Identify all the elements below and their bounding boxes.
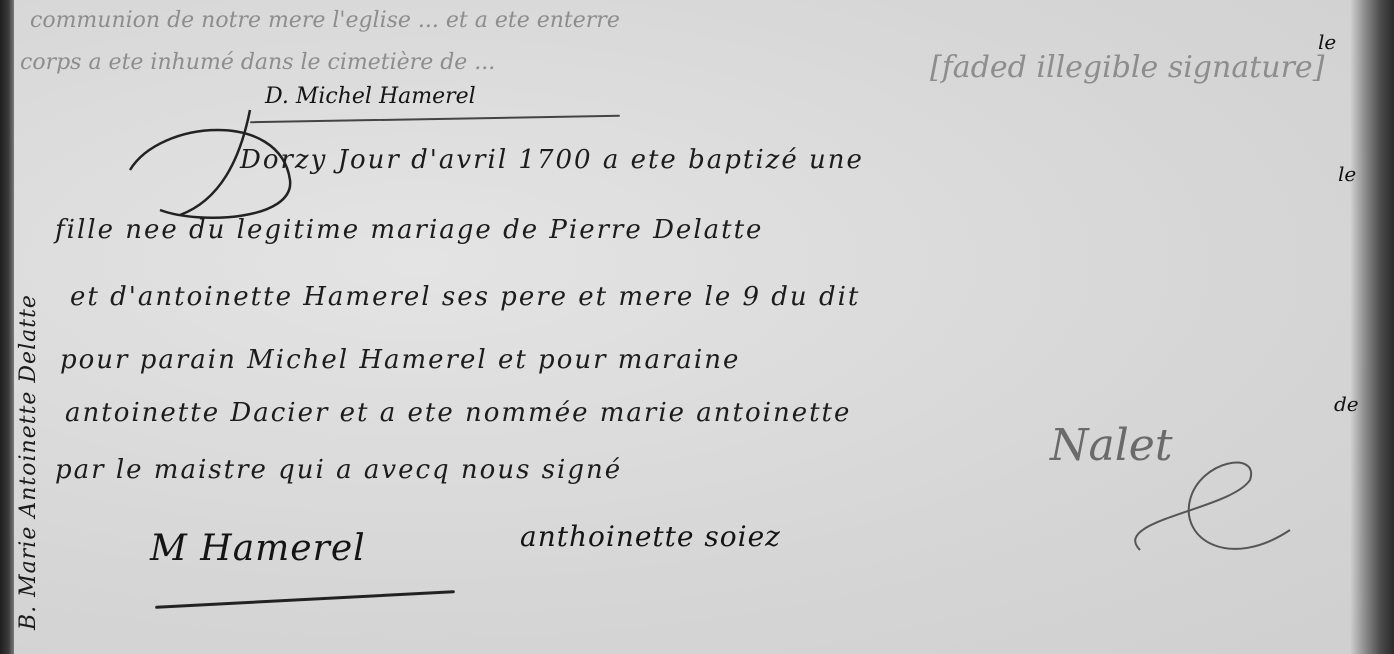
margin-note: B. Marie Antoinette Delatte (16, 294, 41, 630)
entry-line-6: par le maistre qui a avecq nous signé (55, 455, 622, 485)
edge-mark-3: de (1334, 392, 1359, 416)
binding-edge-left (0, 0, 14, 654)
faded-previous-line-1: communion de notre mere l'eglise ... et … (30, 8, 620, 33)
binding-edge-right (1350, 0, 1394, 654)
entry-line-5: antoinette Dacier et a ete nommée marie … (65, 398, 851, 428)
edge-mark-2: le (1338, 162, 1356, 186)
faded-previous-line-2: corps a ete inhumé dans le cimetière de … (20, 50, 495, 75)
entry-line-3: et d'antoinette Hamerel ses pere et mere… (70, 282, 860, 312)
faded-previous-signature: [faded illegible signature] (930, 50, 1324, 85)
entry-line-4: pour parain Michel Hamerel et pour marai… (60, 345, 740, 375)
edge-mark-1: le (1318, 30, 1336, 54)
signature-godmother: anthoinette soiez (520, 520, 781, 553)
title-underline (250, 115, 620, 123)
entry-line-2: fille nee du legitime mariage de Pierre … (55, 215, 763, 245)
priest-paraph-flourish-icon (1110, 440, 1310, 580)
signature-underline (155, 590, 455, 609)
register-page: B. Marie Antoinette Delatte communion de… (0, 0, 1394, 654)
entry-line-1: Dorzy Jour d'avril 1700 a ete baptizé un… (240, 145, 864, 175)
signature-godfather: M Hamerel (150, 528, 366, 569)
